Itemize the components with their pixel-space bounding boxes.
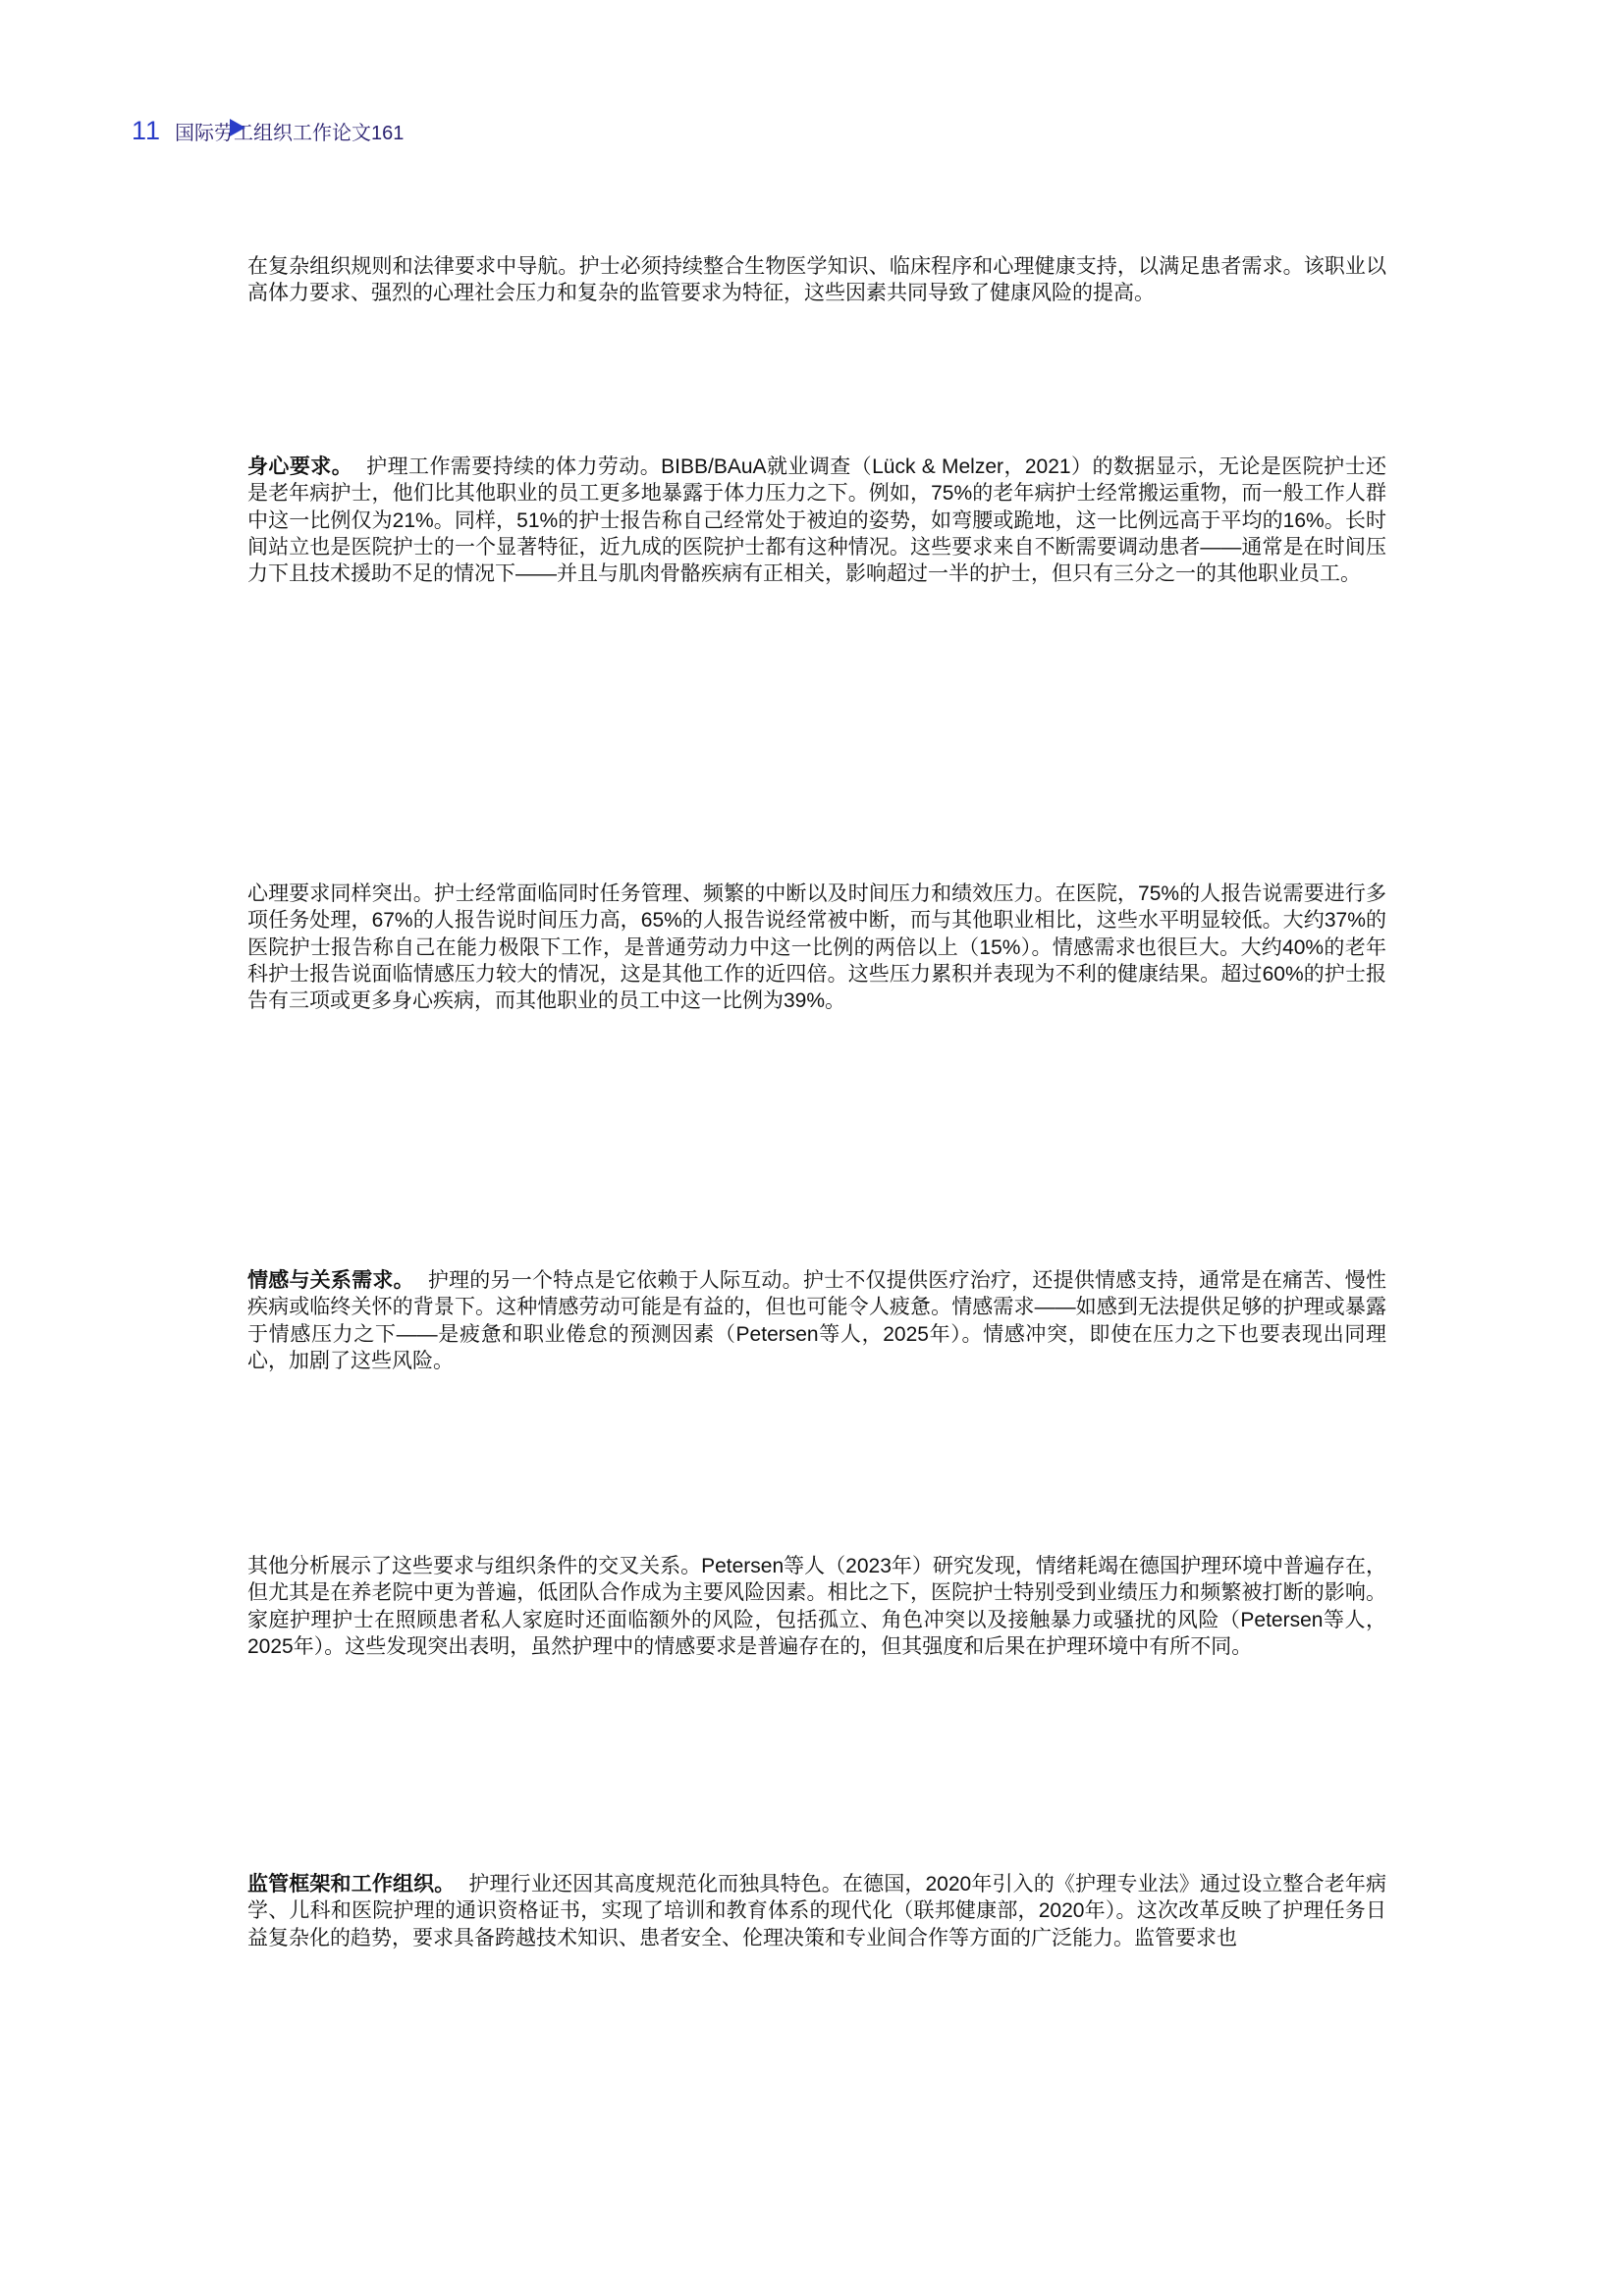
paragraph-text: 在复杂组织规则和法律要求中导航。护士必须持续整合生物医学知识、临床程序和心理健康… bbox=[247, 255, 1386, 304]
paragraph-heading: 监管框架和工作组织。 bbox=[247, 1873, 455, 1896]
paragraph-heading: 情感与关系需求。 bbox=[247, 1269, 414, 1292]
running-title: 国际劳工组织工作论文161 bbox=[175, 117, 404, 145]
page-header: 11 国际劳工组织工作论文161 bbox=[132, 116, 404, 147]
paragraph-psychological-demands: 心理要求同样突出。护士经常面临同时任务管理、频繁的中断以及时间压力和绩效压力。在… bbox=[247, 881, 1386, 1014]
paragraph-regulatory-framework: 监管框架和工作组织。护理行业还因其高度规范化而独具特色。在德国，2020年引入的… bbox=[247, 1871, 1386, 1951]
paragraph-emotional-demands: 情感与关系需求。护理的另一个特点是它依赖于人际互动。护士不仅提供医疗治疗，还提供… bbox=[247, 1267, 1386, 1374]
paragraph-heading: 身心要求。 bbox=[247, 455, 352, 478]
paragraph-text: 护理的另一个特点是它依赖于人际互动。护士不仅提供医疗治疗，还提供情感支持，通常是… bbox=[247, 1269, 1386, 1372]
paragraph-physical-demands: 身心要求。护理工作需要持续的体力劳动。BIBB/BAuA就业调查（Lück & … bbox=[247, 454, 1386, 587]
paragraph-text: 护理工作需要持续的体力劳动。BIBB/BAuA就业调查（Lück & Melze… bbox=[247, 455, 1386, 585]
running-title-text: 国际劳工组织工作论文161 bbox=[175, 123, 404, 144]
page-number: 11 bbox=[132, 116, 161, 146]
arrow-marker-icon bbox=[230, 119, 245, 136]
paragraph-text: 心理要求同样突出。护士经常面临同时任务管理、频繁的中断以及时间压力和绩效压力。在… bbox=[247, 882, 1386, 1012]
paragraph-intro-continuation: 在复杂组织规则和法律要求中导航。护士必须持续整合生物医学知识、临床程序和心理健康… bbox=[247, 253, 1386, 307]
paragraph-text: 其他分析展示了这些要求与组织条件的交叉关系。Petersen等人（2023年）研… bbox=[247, 1555, 1386, 1658]
paragraph-organizational-intersection: 其他分析展示了这些要求与组织条件的交叉关系。Petersen等人（2023年）研… bbox=[247, 1553, 1386, 1660]
